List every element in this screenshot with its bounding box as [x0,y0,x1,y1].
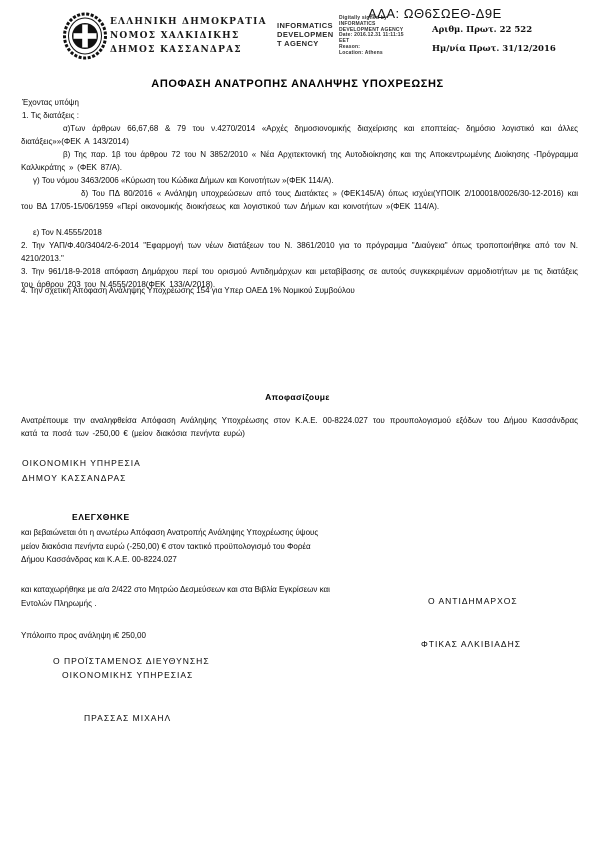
preamble-item-2: 2. Την ΥΑΠ/Φ.40/3404/2-6-2014 "Εφαρμογή … [21,239,578,265]
decision-heading: Αποφασίζουμε [0,392,595,402]
protocol-date: Ημ/νία Πρωτ. 31/12/2016 [432,44,556,54]
preamble-item-1b: β) Της παρ. 1β του άρθρου 72 του Ν 3852/… [21,148,578,174]
agency-line: INFORMATICS [277,21,334,30]
balance-remaining-text: Υπόλοιπο προς ανάληψη ι€ 250,00 [21,629,146,642]
preamble-item-1: 1. Τις διατάξεις : [22,109,79,122]
preamble-item-4: 4. Την σχετική Απόφαση Ανάληψης Υποχρέωσ… [21,284,578,297]
coat-of-arms-icon [62,12,108,60]
document-page: ΕΛΛΗΝΙΚΗ ΔΗΜΟΚΡΑΤΙΑ ΝΟΜΟΣ ΧΑΛΚΙΔΙΚΗΣ ΔΗΜ… [0,0,595,842]
issuing-organisation: ΕΛΛΗΝΙΚΗ ΔΗΜΟΚΡΑΤΙΑ ΝΟΜΟΣ ΧΑΛΚΙΔΙΚΗΣ ΔΗΜ… [110,15,267,57]
preamble-item-1a: α)Των άρθρων 66,67,68 & 79 του ν.4270/20… [21,122,578,148]
org-line-municipality: ΔΗΜΟΣ ΚΑΣΣΑΝΔΡΑΣ [110,43,267,57]
finance-dept-line2: ΔΗΜΟΥ ΚΑΣΣΑΝΔΡΑΣ [22,472,126,485]
preamble-item-1c: γ) Του νόμου 3463/2006 «Κύρωση του Κώδικ… [21,174,578,187]
digital-signature-details: Digitally signed by INFORMATICS DEVELOPM… [339,16,409,57]
org-line-prefecture: ΝΟΜΟΣ ΧΑΛΚΙΔΙΚΗΣ [110,29,267,43]
protocol-number: Αριθμ. Πρωτ. 22 522 [432,25,532,35]
finance-dept-line1: ΟΙΚΟΝΟΜΙΚΗ ΥΠΗΡΕΣΙΑ [22,457,141,470]
org-line-republic: ΕΛΛΗΝΙΚΗ ΔΗΜΟΚΡΑΤΙΑ [110,15,267,29]
preamble-having-regard: Έχοντας υπόψη [22,96,79,109]
digital-signer-name: INFORMATICS DEVELOPMEN T AGENCY [277,21,334,48]
checked-heading: ΕΛΕΓΧΘΗΚΕ [72,512,130,522]
agency-line: T AGENCY [277,39,334,48]
ada-code: ΑΔΑ: ΩΘ6ΣΩΕΘ-Δ9Ε [368,6,502,21]
finance-director-title-line1: Ο ΠΡΟΪΣΤΑΜΕΝΟΣ ΔΙΕΥΘΥΝΣΗΣ [53,655,210,668]
checked-text: και βεβαιώνεται ότι η ανωτέρω Απόφαση Αν… [21,526,335,567]
decision-text: Ανατρέπουμε την αναληφθείσα Απόφαση Ανάλ… [21,414,578,440]
finance-director-title-line2: ΟΙΚΟΝΟΜΙΚΗΣ ΥΠΗΡΕΣΙΑΣ [62,669,193,682]
registration-text: και καταχωρήθηκε με α/α 2/422 στο Μητρώο… [21,583,335,610]
agency-line: DEVELOPMEN [277,30,334,39]
preamble-item-1e: ε) Τον Ν.4555/2018 [21,226,578,239]
deputy-mayor-name: ΦΤΙΚΑΣ ΑΛΚΙΒΙΑΔΗΣ [421,638,521,651]
document-title: ΑΠΟΦΑΣΗ ΑΝΑΤΡΟΠΗΣ ΑΝΑΛΗΨΗΣ ΥΠΟΧΡΕΩΣΗΣ [0,78,595,90]
preamble-item-1d: δ) Του ΠΔ 80/2016 « Ανάληψη υποχρεώσεων … [21,187,578,213]
deputy-mayor-title: Ο ΑΝΤΙΔΗΜΑΡΧΟΣ [428,595,518,608]
finance-director-name: ΠΡΑΣΣΑΣ ΜΙΧΑΗΛ [84,712,171,725]
